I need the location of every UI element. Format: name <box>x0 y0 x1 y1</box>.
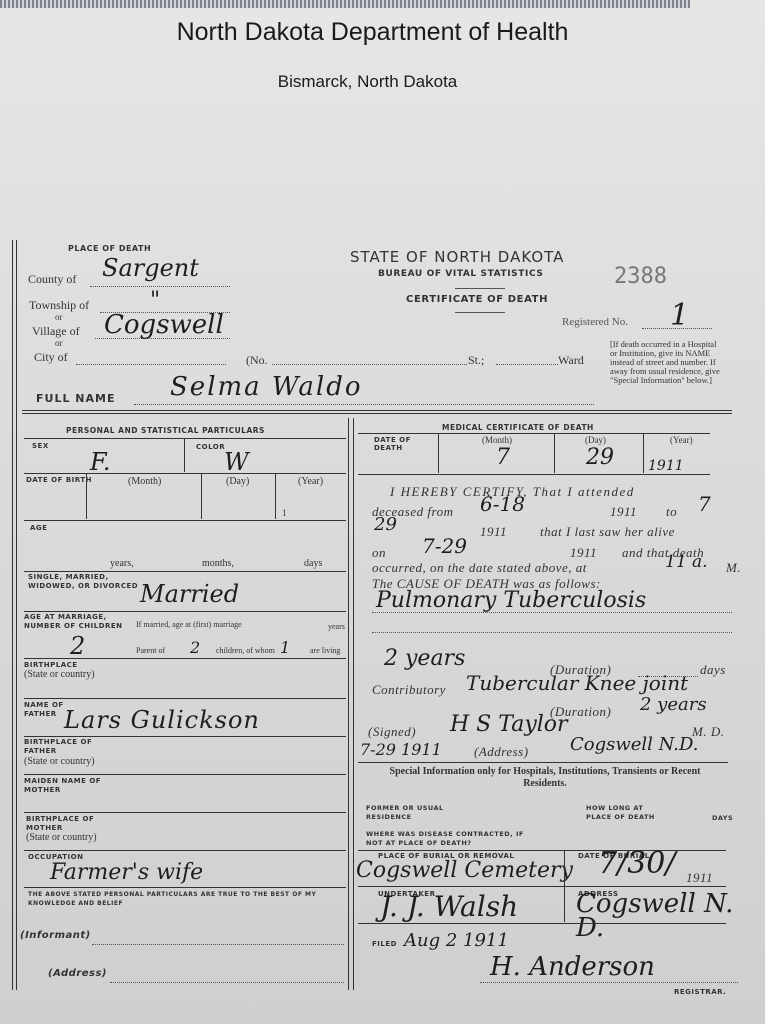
occurred-label: occurred, on the date stated above, at <box>372 560 587 576</box>
cause-of-death: Pulmonary Tuberculosis <box>376 588 646 613</box>
rule <box>643 433 644 473</box>
parent-of-value: 2 <box>190 638 200 657</box>
rule <box>438 433 439 473</box>
rule <box>358 886 726 887</box>
dod-month-label: (Month) <box>482 435 512 445</box>
dob-year-prefix: 1 <box>282 508 287 518</box>
certificate-number: 2388 <box>614 264 667 289</box>
age-label: AGE <box>30 524 47 532</box>
contributory-label: Contributory <box>372 682 446 698</box>
to-label: to <box>666 504 677 520</box>
dob-year-label: (Year) <box>298 476 323 487</box>
personal-section-title: PERSONAL AND STATISTICAL PARTICULARS <box>66 426 265 435</box>
rule <box>201 473 202 519</box>
certificate-title: CERTIFICATE OF DEATH <box>406 294 548 305</box>
rule <box>24 473 346 474</box>
rule <box>358 433 710 434</box>
header-rule-2 <box>22 413 732 414</box>
special-info-label: Special Information only for Hospitals, … <box>370 766 720 790</box>
rule <box>358 474 710 475</box>
title-rule <box>455 312 505 313</box>
marital-label: SINGLE, MARRIED, WIDOWED, OR DIVORCED <box>28 573 148 591</box>
death-certificate-form: PLACE OF DEATH County of Sargent Townshi… <box>10 240 745 990</box>
attended-to-year: 1911 <box>480 524 507 540</box>
bureau-title: BUREAU OF VITAL STATISTICS <box>378 269 543 279</box>
marital-value: Married <box>140 580 239 608</box>
sex-label: SEX <box>32 442 49 450</box>
page-subtitle: Bismarck, North Dakota <box>0 72 735 92</box>
father-birthplace-label: BIRTHPLACE OF FATHER <box>24 738 104 756</box>
rule <box>24 774 346 775</box>
age-months-label: months, <box>202 558 234 569</box>
where-contracted-label: WHERE WAS DISEASE CONTRACTED, IF NOT AT … <box>366 830 526 848</box>
rule <box>24 698 346 699</box>
physician-signature: H S Taylor <box>450 712 568 737</box>
if-married-label: If married, age at (first) marriage <box>136 620 242 629</box>
dod-day: 29 <box>586 445 614 470</box>
filed-date: Aug 2 1911 <box>404 930 509 951</box>
cause-duration: 2 years <box>384 646 465 671</box>
contributory-cause: Tubercular Knee joint <box>466 672 756 694</box>
street-no-label: (No. <box>246 353 268 368</box>
medical-section-title: MEDICAL CERTIFICATE OF DEATH <box>442 423 594 432</box>
full-name-label: FULL NAME <box>36 392 115 405</box>
registered-label: Registered No. <box>562 316 628 328</box>
informant-label: (Informant) <box>20 930 91 941</box>
former-residence-label: FORMER OR USUAL RESIDENCE <box>366 804 486 822</box>
father-birthplace-sub: (State or country) <box>24 756 95 767</box>
registrar-line <box>480 982 738 983</box>
age-years-label: years, <box>110 558 134 569</box>
village-value: Cogswell <box>104 310 224 340</box>
city-line <box>76 364 226 365</box>
sex-value: F. <box>90 448 111 476</box>
attestation-text: THE ABOVE STATED PERSONAL PARTICULARS AR… <box>28 890 346 908</box>
last-saw-label: that I last saw her alive <box>540 524 675 540</box>
rule <box>24 887 346 888</box>
attended-from-value: 6-18 <box>480 492 525 516</box>
color-label: COLOR <box>196 443 225 451</box>
rule <box>24 571 346 572</box>
full-name-value: Selma Waldo <box>170 372 363 402</box>
rule <box>275 473 276 519</box>
living-value: 1 <box>280 638 290 657</box>
state-title: STATE OF NORTH DAKOTA <box>350 248 564 266</box>
township-label: Township of <box>29 298 89 313</box>
dob-day-label: (Day) <box>226 476 249 487</box>
informant-address-field[interactable] <box>110 982 344 983</box>
burial-date: 7/30/ <box>598 846 675 881</box>
county-label: County of <box>28 272 76 287</box>
mother-label: MAIDEN NAME OF MOTHER <box>24 777 104 795</box>
informant-field[interactable] <box>92 944 344 945</box>
rule <box>358 762 728 763</box>
hospital-note: [If death occurred in a Hospital or Inst… <box>610 340 722 385</box>
filed-label: FILED <box>372 940 397 948</box>
place-of-death-label: PLACE OF DEATH <box>68 244 151 253</box>
dob-month-label: (Month) <box>128 476 161 487</box>
full-name-line <box>134 404 594 405</box>
contributory-duration: 2 years <box>640 694 707 715</box>
how-long-label: HOW LONG AT PLACE OF DEATH <box>586 804 666 822</box>
last-seen-year: 1911 <box>570 545 597 561</box>
or-1: or <box>55 312 63 322</box>
physician-address-label: (Address) <box>474 744 529 760</box>
st-line <box>496 364 558 365</box>
undertaker-address: Cogswell N. D. <box>576 892 736 940</box>
children-value: 2 <box>70 632 85 660</box>
mother-birthplace-sub: (State or country) <box>26 832 97 843</box>
rule <box>24 438 346 439</box>
last-seen-date: 7-29 <box>422 534 467 558</box>
center-divider-inner <box>353 418 354 990</box>
are-living-label: are living <box>310 646 340 655</box>
or-2: or <box>55 338 63 348</box>
city-label: City of <box>34 350 68 365</box>
color-value: W <box>224 448 249 476</box>
burial-place: Cogswell Cemetery <box>356 858 573 883</box>
burial-year: 1911 <box>686 870 713 886</box>
rule <box>86 473 87 519</box>
county-value: Sargent <box>102 254 199 282</box>
rule <box>24 850 346 851</box>
on-label: on <box>372 545 386 561</box>
if-married-years: years <box>328 622 345 631</box>
ward-label: Ward <box>558 353 584 368</box>
binder-spiral <box>0 0 690 8</box>
rule <box>358 923 726 924</box>
rule <box>554 433 555 473</box>
m-label: M. <box>726 560 741 576</box>
dod-year-label: (Year) <box>670 435 693 445</box>
how-long-days: DAYS <box>712 814 733 822</box>
rule <box>184 438 185 472</box>
bureau-rule <box>455 288 505 289</box>
signed-label: (Signed) <box>368 724 416 740</box>
dod-day-label: (Day) <box>585 435 606 445</box>
attended-to-value: 7 <box>698 492 711 516</box>
rule <box>24 611 346 612</box>
center-divider <box>348 418 349 990</box>
street-line <box>272 364 467 365</box>
county-line <box>90 286 230 287</box>
registrar-label: REGISTRAR. <box>674 988 726 996</box>
left-border-inner <box>16 240 17 990</box>
cause-line <box>372 612 732 613</box>
children-of-whom-label: children, of whom <box>216 646 275 655</box>
dod-month: 7 <box>496 445 510 470</box>
mother-birthplace-label: BIRTHPLACE OF MOTHER <box>26 815 106 833</box>
rule <box>24 658 346 659</box>
registrar-signature: H. Anderson <box>490 952 655 982</box>
physician-address: Cogswell N.D. <box>570 734 699 755</box>
age-days-label: days <box>304 558 322 569</box>
page-title: North Dakota Department of Health <box>0 18 745 47</box>
undertaker-signature: J. J. Walsh <box>380 890 518 923</box>
attended-to-day: 29 <box>374 514 397 535</box>
time-of-death: 11 a. <box>665 552 708 572</box>
signature-date: 7-29 1911 <box>360 740 442 759</box>
parent-of-label: Parent of <box>136 646 165 655</box>
rule <box>24 520 346 521</box>
dod-year: 1911 <box>648 458 684 474</box>
birthplace-sub: (State or country) <box>24 669 95 680</box>
registered-value: 1 <box>670 298 689 333</box>
left-border <box>12 240 13 990</box>
rule <box>24 736 346 737</box>
rule <box>24 812 346 813</box>
street-label: St.; <box>468 353 484 368</box>
age-marriage-label: AGE AT MARRIAGE, NUMBER OF CHILDREN <box>24 613 124 631</box>
address-label: (Address) <box>48 968 107 979</box>
cause-line <box>372 632 732 633</box>
header-rule <box>22 410 732 411</box>
dod-label: DATE OF DEATH <box>374 436 424 452</box>
village-label: Village of <box>32 324 80 339</box>
attended-from-year: 1911 <box>610 504 637 520</box>
birthplace-label: BIRTHPLACE <box>24 661 78 669</box>
occupation-value: Farmer's wife <box>50 860 203 885</box>
father-value: Lars Gulickson <box>64 706 260 734</box>
